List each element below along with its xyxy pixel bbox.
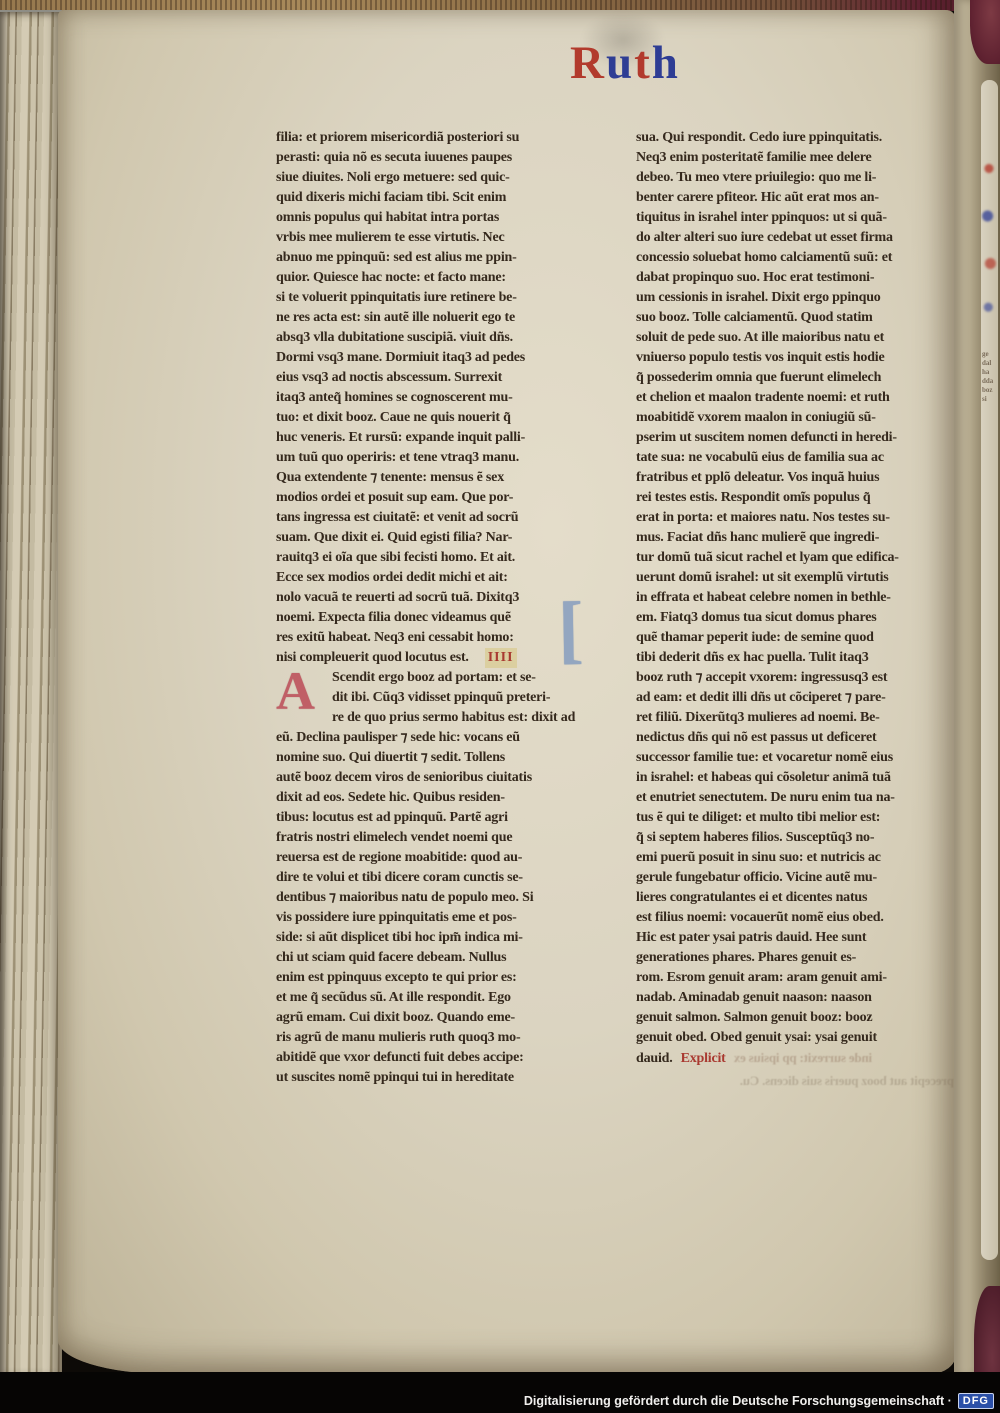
next-page-ornament: [982, 140, 996, 330]
chapter-end-line: nisi compleuerit quod locutus est. IIII: [276, 648, 594, 668]
illuminated-initial-a: A: [276, 670, 326, 712]
show-through-text: precepit aut booz pueris suis dicens. Cu…: [636, 1071, 954, 1091]
running-title-letter: R: [570, 37, 606, 89]
running-title-letter: u: [606, 37, 634, 89]
next-page-text-fragments: ge dal ha dda boz si: [982, 350, 997, 404]
show-through-text: inde surrexit: pp ipsius ex: [734, 1048, 872, 1068]
right-column-text: sua. Qui respondit. Cedo iure ppinquitat…: [636, 128, 954, 1048]
scan-background-bar: Digitalisierung gefördert durch die Deut…: [0, 1372, 1000, 1413]
left-text-column: filia: et priorem misericordiã posterior…: [276, 128, 594, 1088]
left-column-line: nisi compleuerit quod locutus est.: [276, 648, 469, 668]
running-title-letter: t: [634, 37, 652, 89]
binding-marble-bottom: [974, 1286, 1000, 1376]
explicit-line: dauid. Explicit inde surrexit: pp ipsius…: [636, 1048, 954, 1069]
running-title: Ruth: [570, 40, 680, 87]
chapter-four-block: AScendit ergo booz ad portam: et se- dit…: [276, 668, 594, 1088]
right-text-column: sua. Qui respondit. Cedo iure ppinquitat…: [636, 128, 954, 1091]
running-title-letter: h: [652, 37, 680, 89]
left-column-text: filia: et priorem misericordiã posterior…: [276, 128, 594, 648]
next-page-edge: ge dal ha dda boz si: [981, 80, 998, 1260]
dfg-logo: DFG: [958, 1393, 994, 1409]
page-stack-left: [0, 10, 62, 1378]
manuscript-page: Ruth filia: et priorem misericordiã post…: [58, 10, 956, 1374]
binding-marble-top: [970, 0, 1000, 64]
page-stack-right: ge dal ha dda boz si: [954, 0, 1000, 1376]
right-column-last-words: dauid.: [636, 1049, 673, 1069]
book-scan: Ruth filia: et priorem misericordiã post…: [0, 0, 1000, 1413]
left-column-text-chapter4: Scendit ergo booz ad portam: et se- dit …: [276, 670, 575, 1085]
dfg-credit-line: Digitalisierung gefördert durch die Deut…: [524, 1393, 994, 1409]
chapter-numeral-rubric: IIII: [485, 648, 517, 668]
marginal-initial-flourish: [: [557, 594, 584, 664]
explicit-rubric: Explicit: [681, 1049, 726, 1069]
dfg-credit-text: Digitalisierung gefördert durch die Deut…: [524, 1394, 952, 1408]
